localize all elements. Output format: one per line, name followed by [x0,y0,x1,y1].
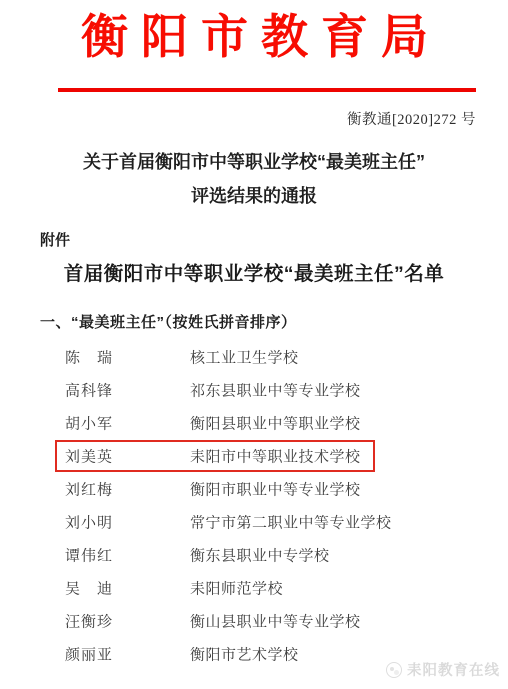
leiyang-education-logo-icon [386,662,402,678]
teacher-name: 刘美英 [65,445,113,466]
section-heading: 一、“最美班主任”（按姓氏拼音排序） [40,311,297,332]
teacher-school: 衡东县职业中专学校 [190,544,330,565]
teacher-name: 刘红梅 [65,478,113,499]
teacher-name: 吴 迪 [65,577,113,598]
teacher-roster: 陈 瑞 核工业卫生学校 高科锋 祁东县职业中等专业学校 胡小军 衡阳县职业中等职… [0,340,508,670]
notice-title-line2: 评选结果的通报 [0,182,508,208]
table-row-highlighted: 刘美英 耒阳市中等职业技术学校 [0,439,508,472]
teacher-name: 陈 瑞 [65,346,113,367]
teacher-school: 衡阳市艺术学校 [190,643,299,664]
watermark-label: 耒阳教育在线 [407,659,500,680]
teacher-school: 衡山县职业中等专业学校 [190,610,361,631]
letterhead-divider [58,88,476,92]
teacher-name: 汪衡珍 [65,610,113,631]
teacher-name: 高科锋 [65,379,113,400]
table-row: 刘红梅 衡阳市职业中等专业学校 [0,472,508,505]
teacher-name: 谭伟红 [65,544,113,565]
table-row: 汪衡珍 衡山县职业中等专业学校 [0,604,508,637]
teacher-school: 核工业卫生学校 [190,346,299,367]
teacher-school: 祁东县职业中等专业学校 [190,379,361,400]
table-row: 陈 瑞 核工业卫生学校 [0,340,508,373]
teacher-name: 刘小明 [65,511,113,532]
table-row: 谭伟红 衡东县职业中专学校 [0,538,508,571]
teacher-name: 颜丽亚 [65,643,113,664]
document-page: 衡阳市教育局 衡教通[2020]272 号 关于首届衡阳市中等职业学校“最美班主… [0,0,508,689]
notice-title-line1: 关于首届衡阳市中等职业学校“最美班主任” [0,148,508,174]
table-row: 胡小军 衡阳县职业中等职业学校 [0,406,508,439]
document-number: 衡教通[2020]272 号 [347,108,476,129]
teacher-school: 耒阳师范学校 [190,577,283,598]
letterhead-title: 衡阳市教育局 [0,10,508,66]
teacher-school: 衡阳市职业中等专业学校 [190,478,361,499]
teacher-school: 常宁市第二职业中等专业学校 [190,511,392,532]
watermark: 耒阳教育在线 [386,659,500,680]
teacher-school: 衡阳县职业中等职业学校 [190,412,361,433]
teacher-school: 耒阳市中等职业技术学校 [190,445,361,466]
teacher-name: 胡小军 [65,412,113,433]
table-row: 高科锋 祁东县职业中等专业学校 [0,373,508,406]
attachment-title: 首届衡阳市中等职业学校“最美班主任”名单 [0,258,508,286]
table-row: 刘小明 常宁市第二职业中等专业学校 [0,505,508,538]
table-row: 吴 迪 耒阳师范学校 [0,571,508,604]
attachment-label: 附件 [40,229,70,250]
